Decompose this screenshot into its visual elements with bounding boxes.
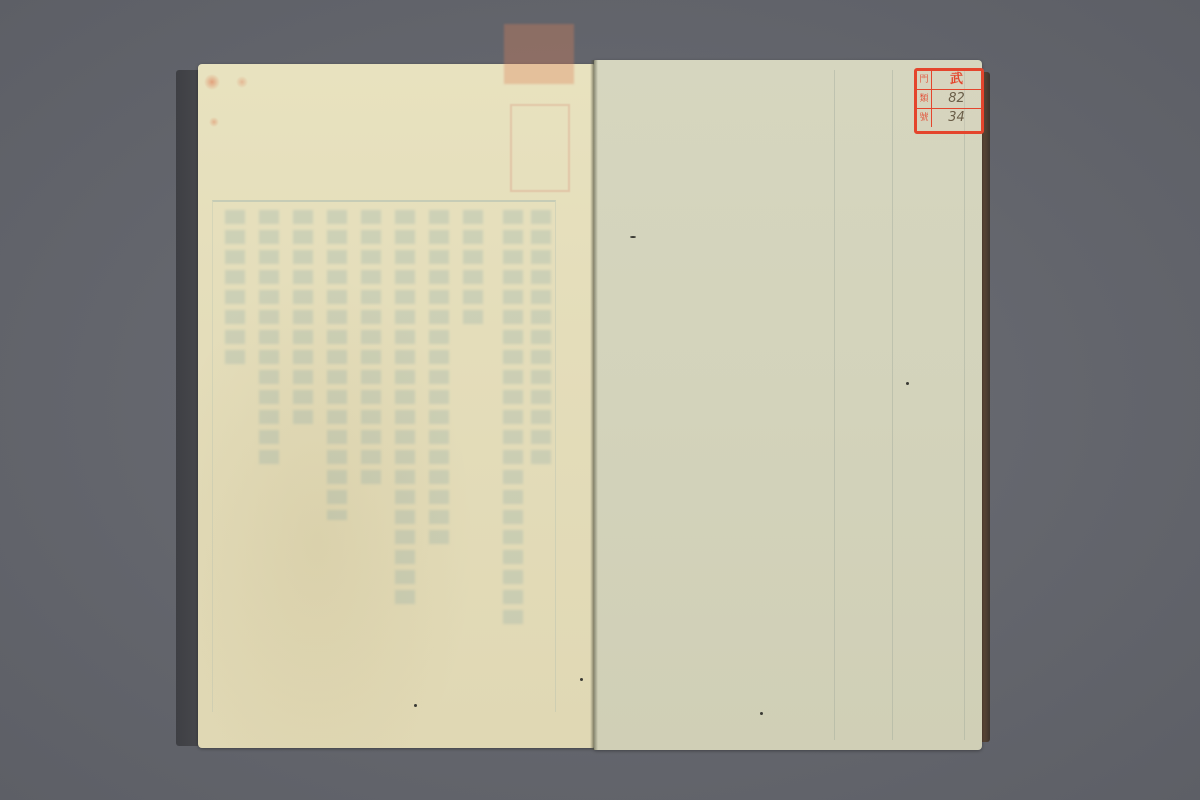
stamp-key: 門: [917, 71, 932, 89]
bleed-text-column: [327, 210, 347, 520]
library-stamp: 門 武 類 82 號 34: [914, 68, 984, 134]
red-ink-marks: [202, 72, 262, 132]
stamp-row: 類 82: [917, 90, 981, 109]
ink-speck: [580, 678, 583, 681]
stamp-key: 類: [917, 90, 932, 108]
stamp-value: 34: [932, 109, 981, 127]
stamp-value: 82: [932, 90, 981, 108]
ink-speck: [760, 712, 763, 715]
bleed-text-column: [395, 210, 415, 610]
book-gutter: [590, 60, 598, 750]
faint-rule-line: [834, 70, 835, 740]
bleed-text-column: [225, 210, 245, 370]
left-page: [198, 64, 594, 748]
bleed-through-stamp: [510, 104, 570, 192]
stamp-key: 號: [917, 109, 932, 127]
bleed-text-column: [503, 210, 523, 630]
bleed-through-stamp-top: [504, 24, 574, 84]
ink-speck: [414, 704, 417, 707]
bleed-text-column: [293, 210, 313, 430]
bleed-text-column: [361, 210, 381, 490]
faint-rule-line: [892, 70, 893, 740]
ink-speck: [906, 382, 909, 385]
faint-rule-line: [964, 70, 965, 740]
bleed-text-column: [463, 210, 483, 330]
right-page: 門 武 類 82 號 34: [594, 60, 982, 750]
bleed-through-text-block: [212, 200, 556, 712]
bleed-text-column: [429, 210, 449, 550]
stamp-row: 門 武: [917, 71, 981, 90]
bleed-text-column: [531, 210, 551, 470]
stamp-value: 武: [932, 71, 981, 89]
ink-speck: [630, 236, 636, 238]
bleed-text-column: [259, 210, 279, 470]
stamp-row: 號 34: [917, 109, 981, 127]
open-book: 門 武 類 82 號 34: [176, 58, 996, 754]
